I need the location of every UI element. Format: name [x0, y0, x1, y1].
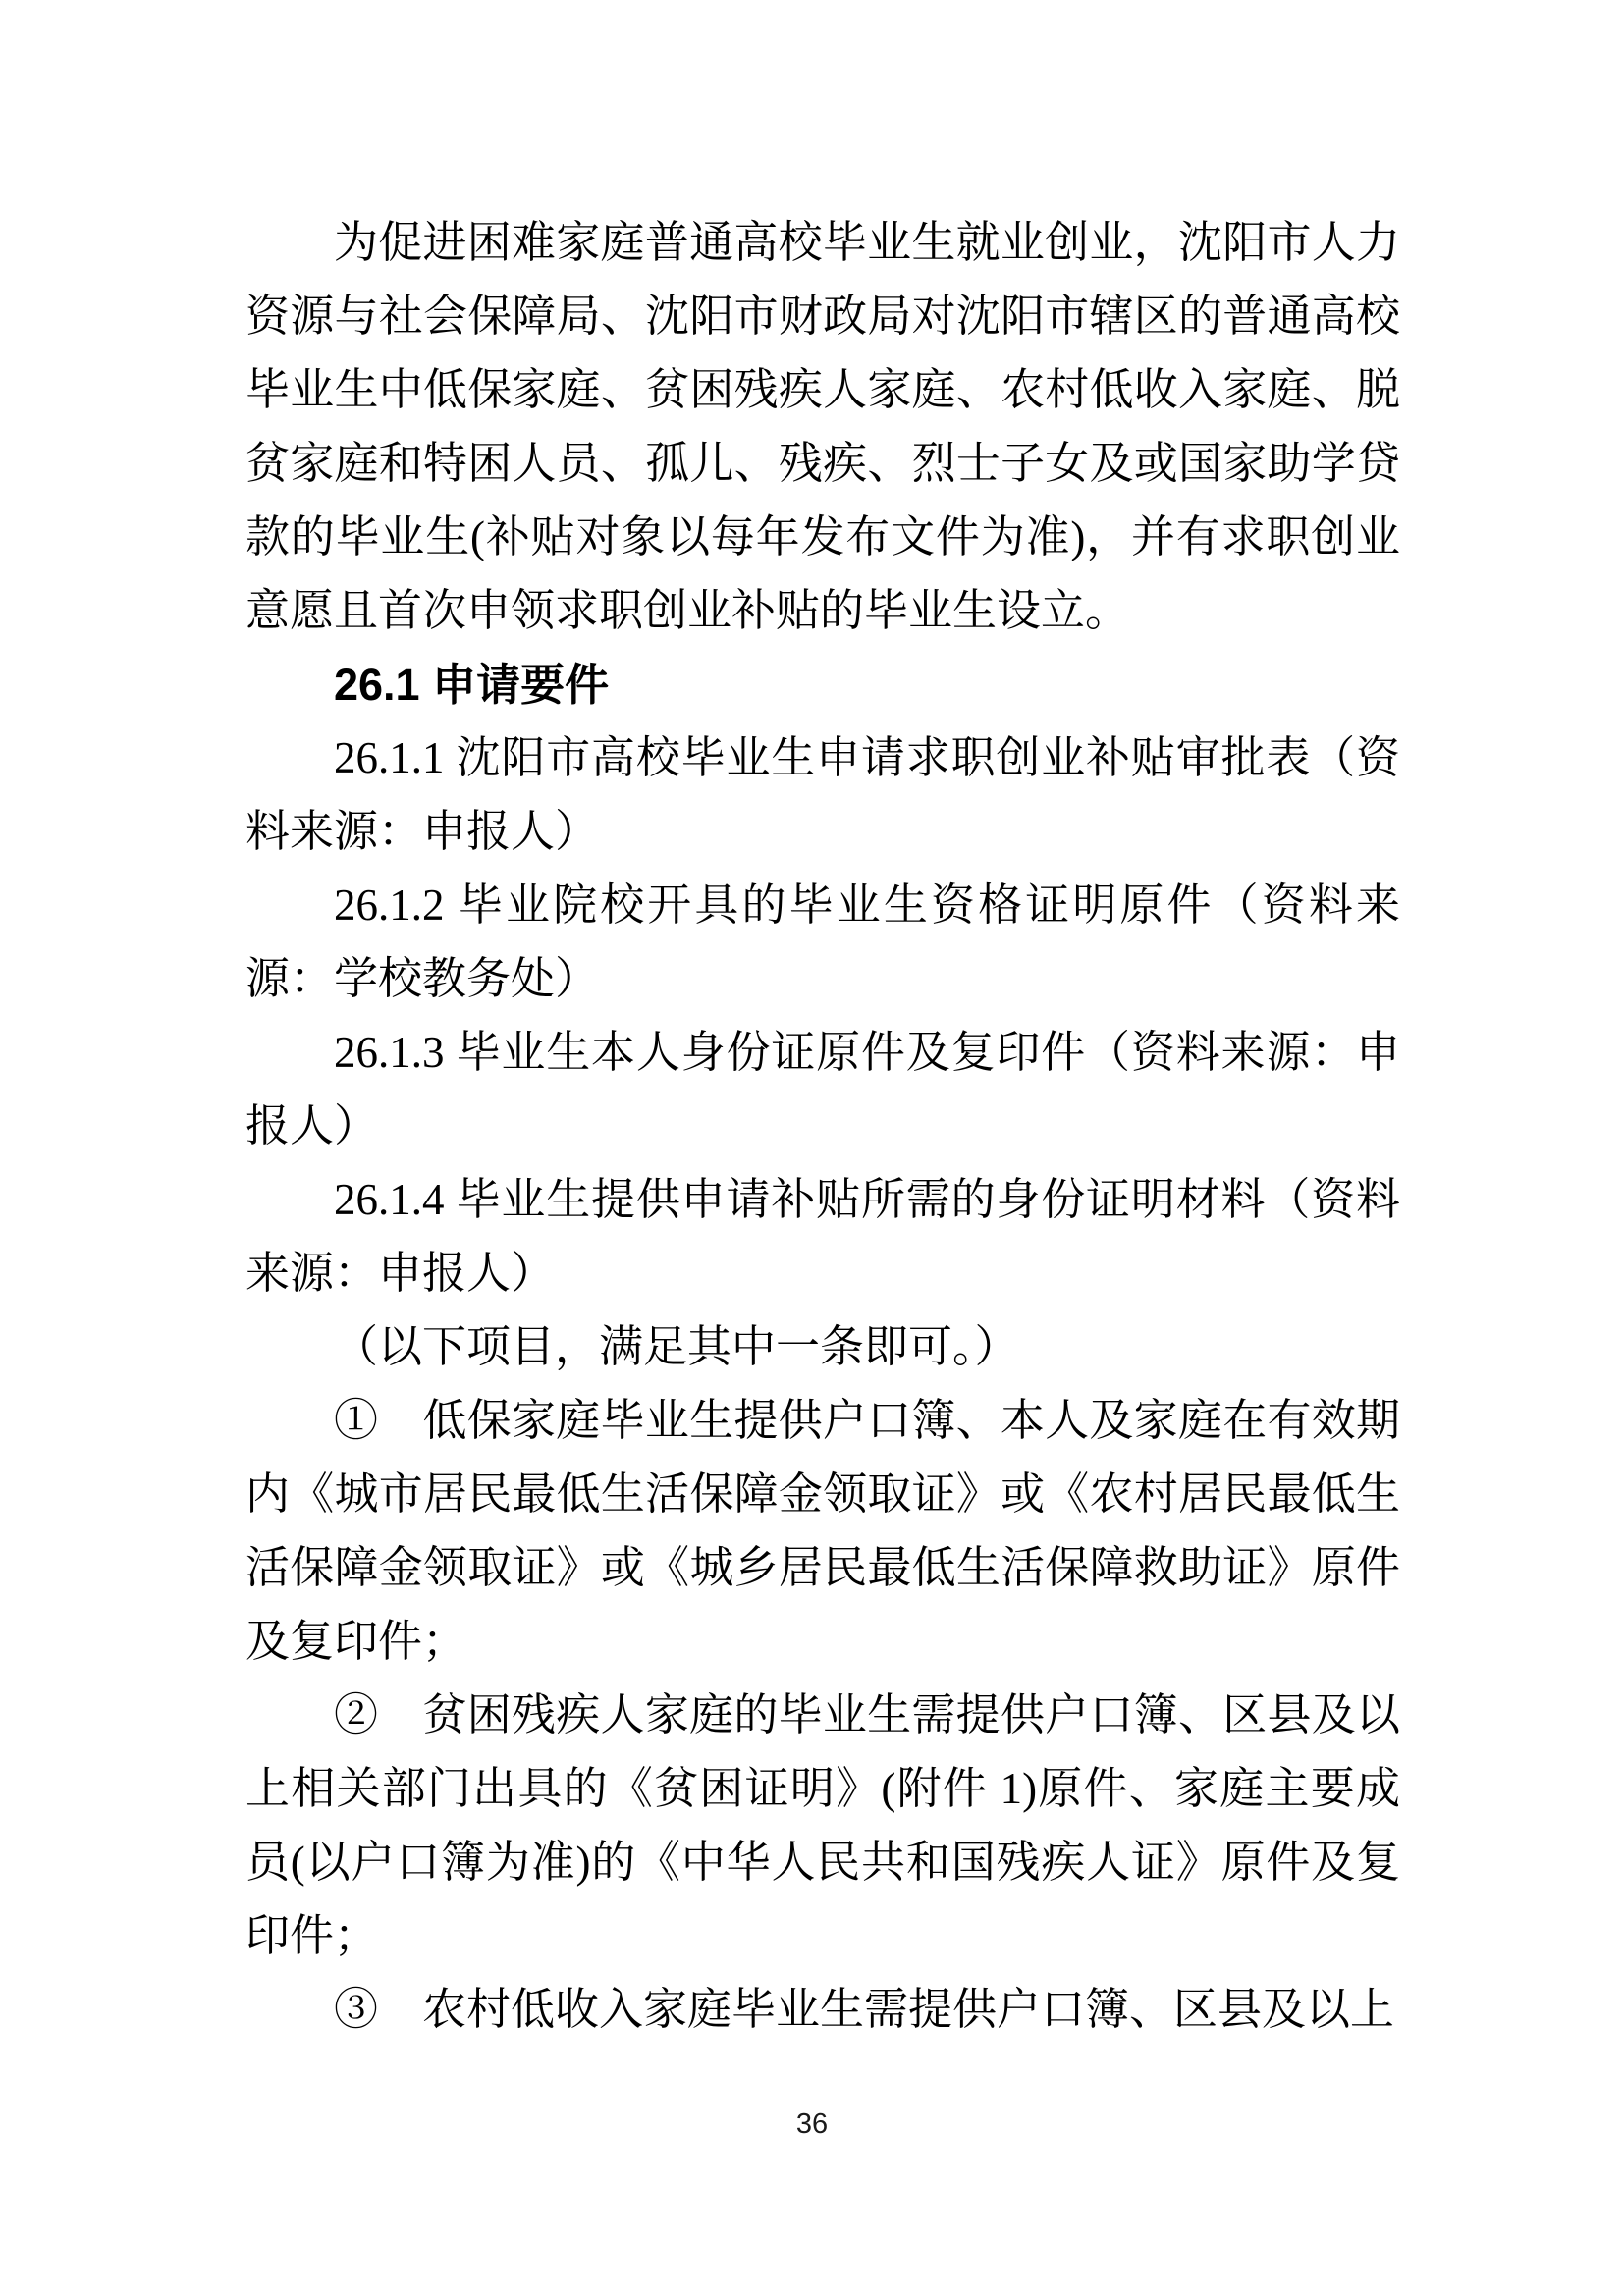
item-26-1-1: 26.1.1 沈阳市高校毕业生申请求职创业补贴审批表（资料来源：申报人） [245, 721, 1400, 869]
section-heading: 26.1 申请要件 [245, 648, 1400, 721]
list-item-1: ① 低保家庭毕业生提供户口簿、本人及家庭在有效期内《城市居民最低生活保障金领取证… [245, 1384, 1400, 1679]
item-26-1-2: 26.1.2 毕业院校开具的毕业生资格证明原件（资料来源：学校教务处） [245, 869, 1400, 1016]
document-page: 为促进困难家庭普通高校毕业生就业创业，沈阳市人力资源与社会保障局、沈阳市财政局对… [0, 0, 1624, 2296]
intro-paragraph: 为促进困难家庭普通高校毕业生就业创业，沈阳市人力资源与社会保障局、沈阳市财政局对… [245, 206, 1400, 648]
item-26-1-3: 26.1.3 毕业生本人身份证原件及复印件（资料来源：申报人） [245, 1016, 1400, 1163]
page-number: 36 [0, 2107, 1624, 2142]
document-body: 为促进困难家庭普通高校毕业生就业创业，沈阳市人力资源与社会保障局、沈阳市财政局对… [245, 206, 1400, 2047]
item-26-1-4: 26.1.4 毕业生提供申请补贴所需的身份证明材料（资料来源：申报人） [245, 1163, 1400, 1310]
list-item-3: ③ 农村低收入家庭毕业生需提供户口簿、区县及以上 [245, 1973, 1400, 2047]
list-item-2: ② 贫困残疾人家庭的毕业生需提供户口簿、区县及以上相关部门出具的《贫困证明》(附… [245, 1679, 1400, 1973]
note-paragraph: （以下项目，满足其中一条即可。） [245, 1310, 1400, 1384]
